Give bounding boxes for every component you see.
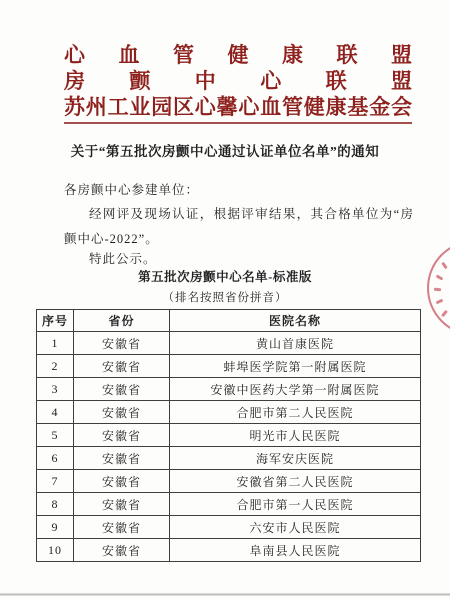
row-province: 安徽省	[74, 493, 170, 516]
row-no: 1	[37, 332, 74, 355]
seal-character-mark	[441, 262, 447, 269]
row-hospital: 黄山首康医院	[170, 332, 421, 355]
row-no: 4	[37, 401, 74, 424]
row-no: 5	[37, 424, 74, 447]
letterhead-line-2: 房颤中心联盟	[64, 68, 412, 94]
row-hospital: 合肥市第一人民医院	[170, 493, 421, 516]
seal-character-mark	[441, 310, 448, 317]
row-hospital: 蚌埠医学院第一附属医院	[170, 355, 421, 378]
row-hospital: 安徽省第二人民医院	[170, 470, 421, 493]
table-row: 6安徽省海军安庆医院	[37, 447, 421, 470]
table-row: 10安徽省阜南县人民医院	[37, 539, 421, 562]
table-row: 5安徽省明光市人民医院	[37, 424, 421, 447]
scanned-notice-page: 心血管健康联盟 房颤中心联盟 苏州工业园区心馨心血管健康基金会 关于“第五批次房…	[0, 0, 450, 600]
row-hospital: 合肥市第二人民医院	[170, 401, 421, 424]
row-province: 安徽省	[74, 401, 170, 424]
row-no: 9	[37, 516, 74, 539]
table-row: 4安徽省合肥市第二人民医院	[37, 401, 421, 424]
row-no: 6	[37, 447, 74, 470]
row-no: 3	[37, 378, 74, 401]
row-province: 安徽省	[74, 332, 170, 355]
row-hospital: 六安市人民医院	[170, 516, 421, 539]
col-header-no: 序号	[37, 310, 74, 332]
table-subtitle: （排名按照省份拼音）	[0, 289, 450, 305]
row-province: 安徽省	[74, 516, 170, 539]
row-province: 安徽省	[74, 447, 170, 470]
row-no: 2	[37, 355, 74, 378]
row-province: 安徽省	[74, 355, 170, 378]
row-hospital: 安徽中医药大学第一附属医院	[170, 378, 421, 401]
row-province: 安徽省	[74, 378, 170, 401]
hospital-table-body: 1安徽省黄山首康医院2安徽省蚌埠医学院第一附属医院3安徽省安徽中医药大学第一附属…	[37, 332, 421, 562]
row-province: 安徽省	[74, 539, 170, 562]
seal-character-mark	[436, 274, 444, 280]
table-header-row: 序号 省份 医院名称	[37, 310, 421, 332]
row-hospital: 阜南县人民医院	[170, 539, 421, 562]
table-row: 3安徽省安徽中医药大学第一附属医院	[37, 378, 421, 401]
letterhead: 心血管健康联盟 房颤中心联盟 苏州工业园区心馨心血管健康基金会	[64, 42, 412, 120]
table-title: 第五批次房颤中心名单-标准版	[0, 267, 450, 285]
table-row: 9安徽省六安市人民医院	[37, 516, 421, 539]
table-row: 2安徽省蚌埠医学院第一附属医院	[37, 355, 421, 378]
letterhead-line-3: 苏州工业园区心馨心血管健康基金会	[64, 94, 412, 120]
seal-character-mark	[436, 299, 444, 305]
row-no: 10	[37, 539, 74, 562]
hospital-table: 序号 省份 医院名称 1安徽省黄山首康医院2安徽省蚌埠医学院第一附属医院3安徽省…	[36, 309, 421, 562]
row-no: 8	[37, 493, 74, 516]
letterhead-line-1: 心血管健康联盟	[64, 42, 412, 68]
col-header-province: 省份	[74, 310, 170, 332]
notice-body: 经网评及现场认证，根据评审结果，其合格单位为“房颤中心-2022”。	[64, 202, 414, 252]
seal-character-mark	[434, 288, 441, 292]
col-header-hospital: 医院名称	[170, 310, 421, 332]
row-hospital: 明光市人民医院	[170, 424, 421, 447]
page-edge-shadow	[0, 593, 450, 596]
notice-closing: 特此公示。	[64, 249, 414, 267]
row-no: 7	[37, 470, 74, 493]
table-row: 1安徽省黄山首康医院	[37, 332, 421, 355]
row-province: 安徽省	[74, 470, 170, 493]
notice-title: 关于“第五批次房颤中心通过认证单位名单”的通知	[0, 140, 450, 160]
table-row: 7安徽省安徽省第二人民医院	[37, 470, 421, 493]
row-province: 安徽省	[74, 424, 170, 447]
row-hospital: 海军安庆医院	[170, 447, 421, 470]
letterhead-divider-rule	[64, 122, 412, 124]
red-seal-stamp	[427, 240, 450, 336]
table-row: 8安徽省合肥市第一人民医院	[37, 493, 421, 516]
notice-salutation: 各房颤中心参建单位：	[64, 180, 414, 198]
